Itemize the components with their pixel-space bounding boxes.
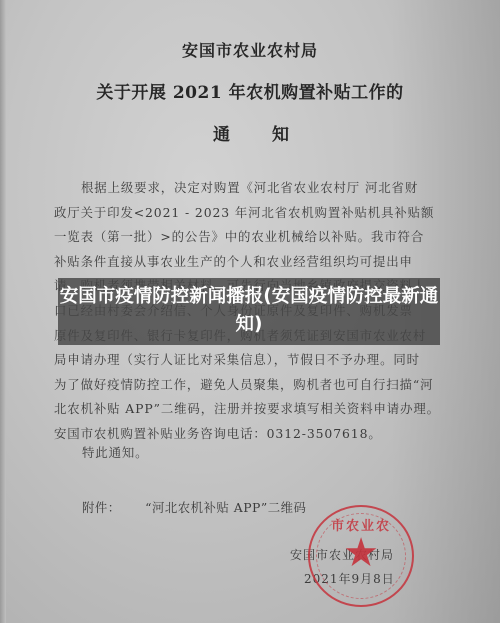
body-line: 补贴条件直接从事农业生产的个人和农业经营组织均可提出申 <box>54 250 450 275</box>
closing-text: 特此通知。 <box>82 443 148 461</box>
body-line: 政厅关于印发<2021 - 2023 年河北省农机购置补贴机具补贴额 <box>54 201 450 226</box>
headline-text: 安国市疫情防控新闻播报(安国疫情防控最新通知) <box>58 283 440 339</box>
attachment: 附件： “河北农机补贴 APP”二维码 <box>82 498 306 516</box>
body-line: 根据上级要求，决定对购置《河北省农业农村厅 河北省财 <box>54 176 450 201</box>
attachment-text: “河北农机补贴 APP”二维码 <box>145 500 306 515</box>
body-line: 为了做好疫情防控工作，避免人员聚集，购机者也可自行扫描“河 <box>54 373 450 398</box>
official-seal: 市农业农 ★ <box>308 505 414 607</box>
headline-overlay: 安国市疫情防控新闻播报(安国疫情防控最新通知) <box>58 278 440 345</box>
attachment-label: 附件： <box>82 500 121 515</box>
notice-title: 关于开展 2021 年农机购置补贴工作的 <box>0 78 500 103</box>
body-line: 北农机补贴 APP”二维码，注册并按要求填写相关资料申请办理。 <box>54 397 450 422</box>
star-icon: ★ <box>341 533 381 573</box>
body-line: 一览表（第一批）>的公告》中的农业机械给以补贴。我市符合 <box>54 225 450 250</box>
notice-heading: 通 知 <box>0 120 500 145</box>
body-line: 局申请办理（实行人证比对采集信息），节假日不予办理。同时 <box>54 348 450 373</box>
issuer-title: 安国市农业农村局 <box>0 38 500 61</box>
